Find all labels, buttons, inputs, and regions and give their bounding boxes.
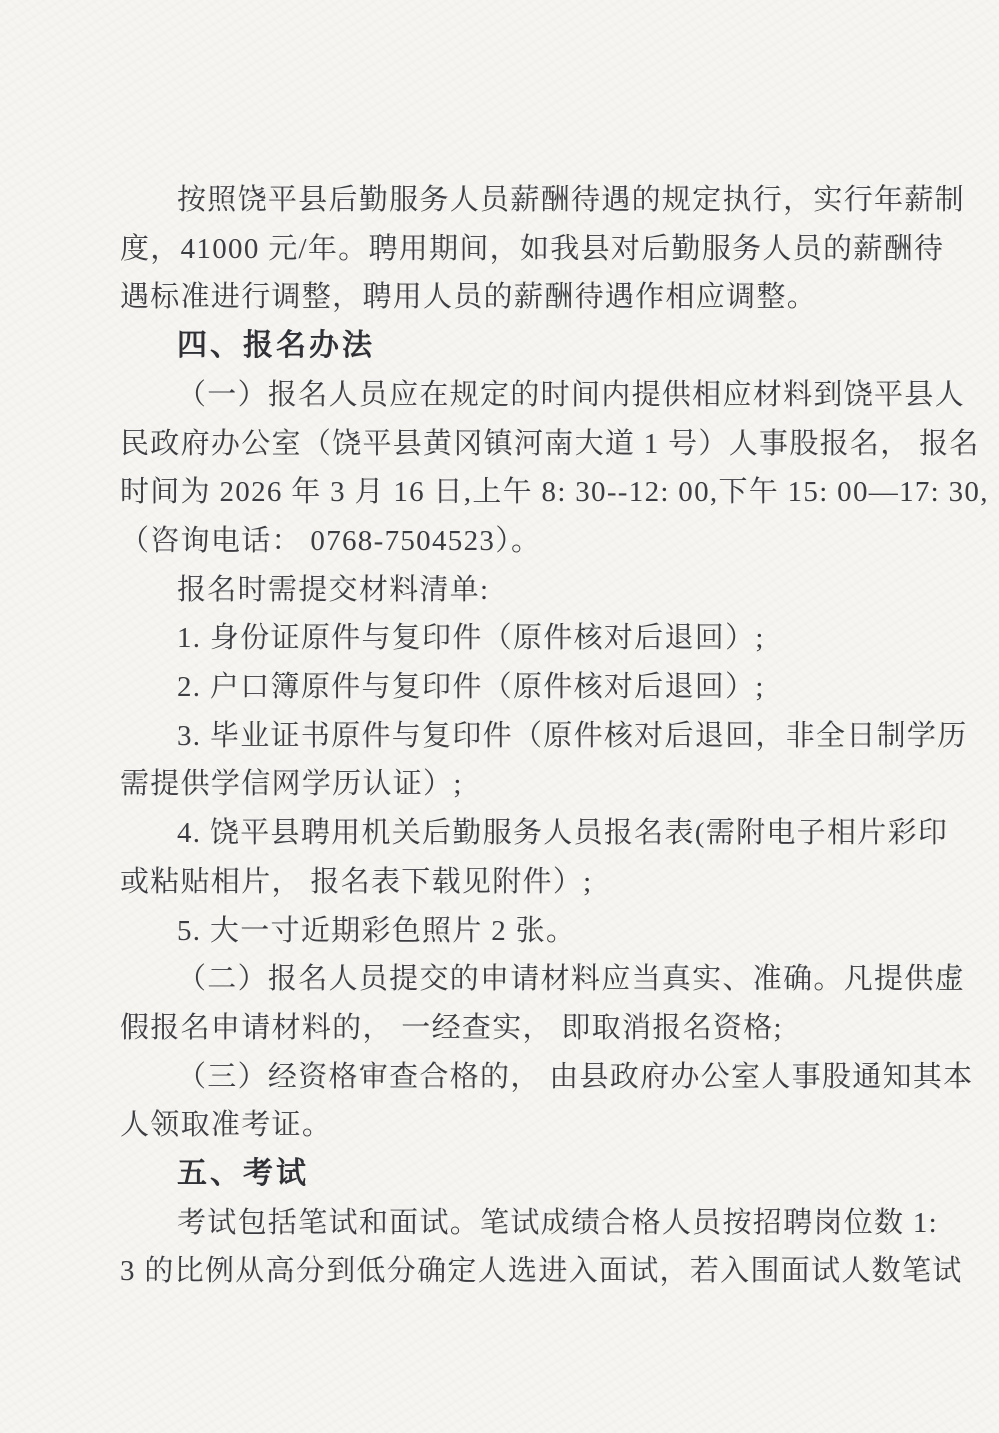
list-item: 5. 大一寸近期彩色照片 2 张。 [120,907,930,956]
text-line: 假报名申请材料的， 一经查实， 即取消报名资格; [120,1004,930,1053]
list-item: 3. 毕业证书原件与复印件（原件核对后退回，非全日制学历 [120,712,930,761]
text-line: 按照饶平县后勤服务人员薪酬待遇的规定执行，实行年薪制 [120,176,930,225]
list-item: 2. 户口簿原件与复印件（原件核对后退回）; [120,663,930,712]
document-page: 按照饶平县后勤服务人员薪酬待遇的规定执行，实行年薪制 度，41000 元/年。聘… [0,0,999,1433]
list-item-continuation: 或粘贴相片， 报名表下载见附件）; [120,858,930,907]
list-item: 4. 饶平县聘用机关后勤服务人员报名表(需附电子相片彩印 [120,809,930,858]
list-item-continuation: 需提供学信网学历认证）; [120,760,930,809]
text-line: 人领取准考证。 [120,1101,930,1150]
text-line: 民政府办公室（饶平县黄冈镇河南大道 1 号）人事股报名， 报名 [120,420,930,469]
text-line: 3 的比例从高分到低分确定人选进入面试，若入围面试人数笔试 [120,1247,930,1296]
text-line: （咨询电话： 0768-7504523）。 [120,517,930,566]
text-line: 考试包括笔试和面试。笔试成绩合格人员按招聘岗位数 1: [120,1199,930,1248]
list-item: 1. 身份证原件与复印件（原件核对后退回）; [120,614,930,663]
text-line: （三）经资格审查合格的， 由县政府办公室人事股通知其本 [120,1053,930,1102]
section-heading-registration: 四、报名办法 [120,322,930,371]
text-line: 遇标准进行调整，聘用人员的薪酬待遇作相应调整。 [120,273,930,322]
section-heading-exam: 五、考试 [120,1150,930,1199]
text-line: 度，41000 元/年。聘用期间，如我县对后勤服务人员的薪酬待 [120,225,930,274]
text-line: （二）报名人员提交的申请材料应当真实、准确。凡提供虚 [120,955,930,1004]
text-line: 时间为 2026 年 3 月 16 日,上午 8: 30--12: 00,下午 … [120,468,930,517]
document-text-block: 按照饶平县后勤服务人员薪酬待遇的规定执行，实行年薪制 度，41000 元/年。聘… [120,176,930,1296]
materials-intro-line: 报名时需提交材料清单: [120,566,930,615]
text-line: （一）报名人员应在规定的时间内提供相应材料到饶平县人 [120,371,930,420]
